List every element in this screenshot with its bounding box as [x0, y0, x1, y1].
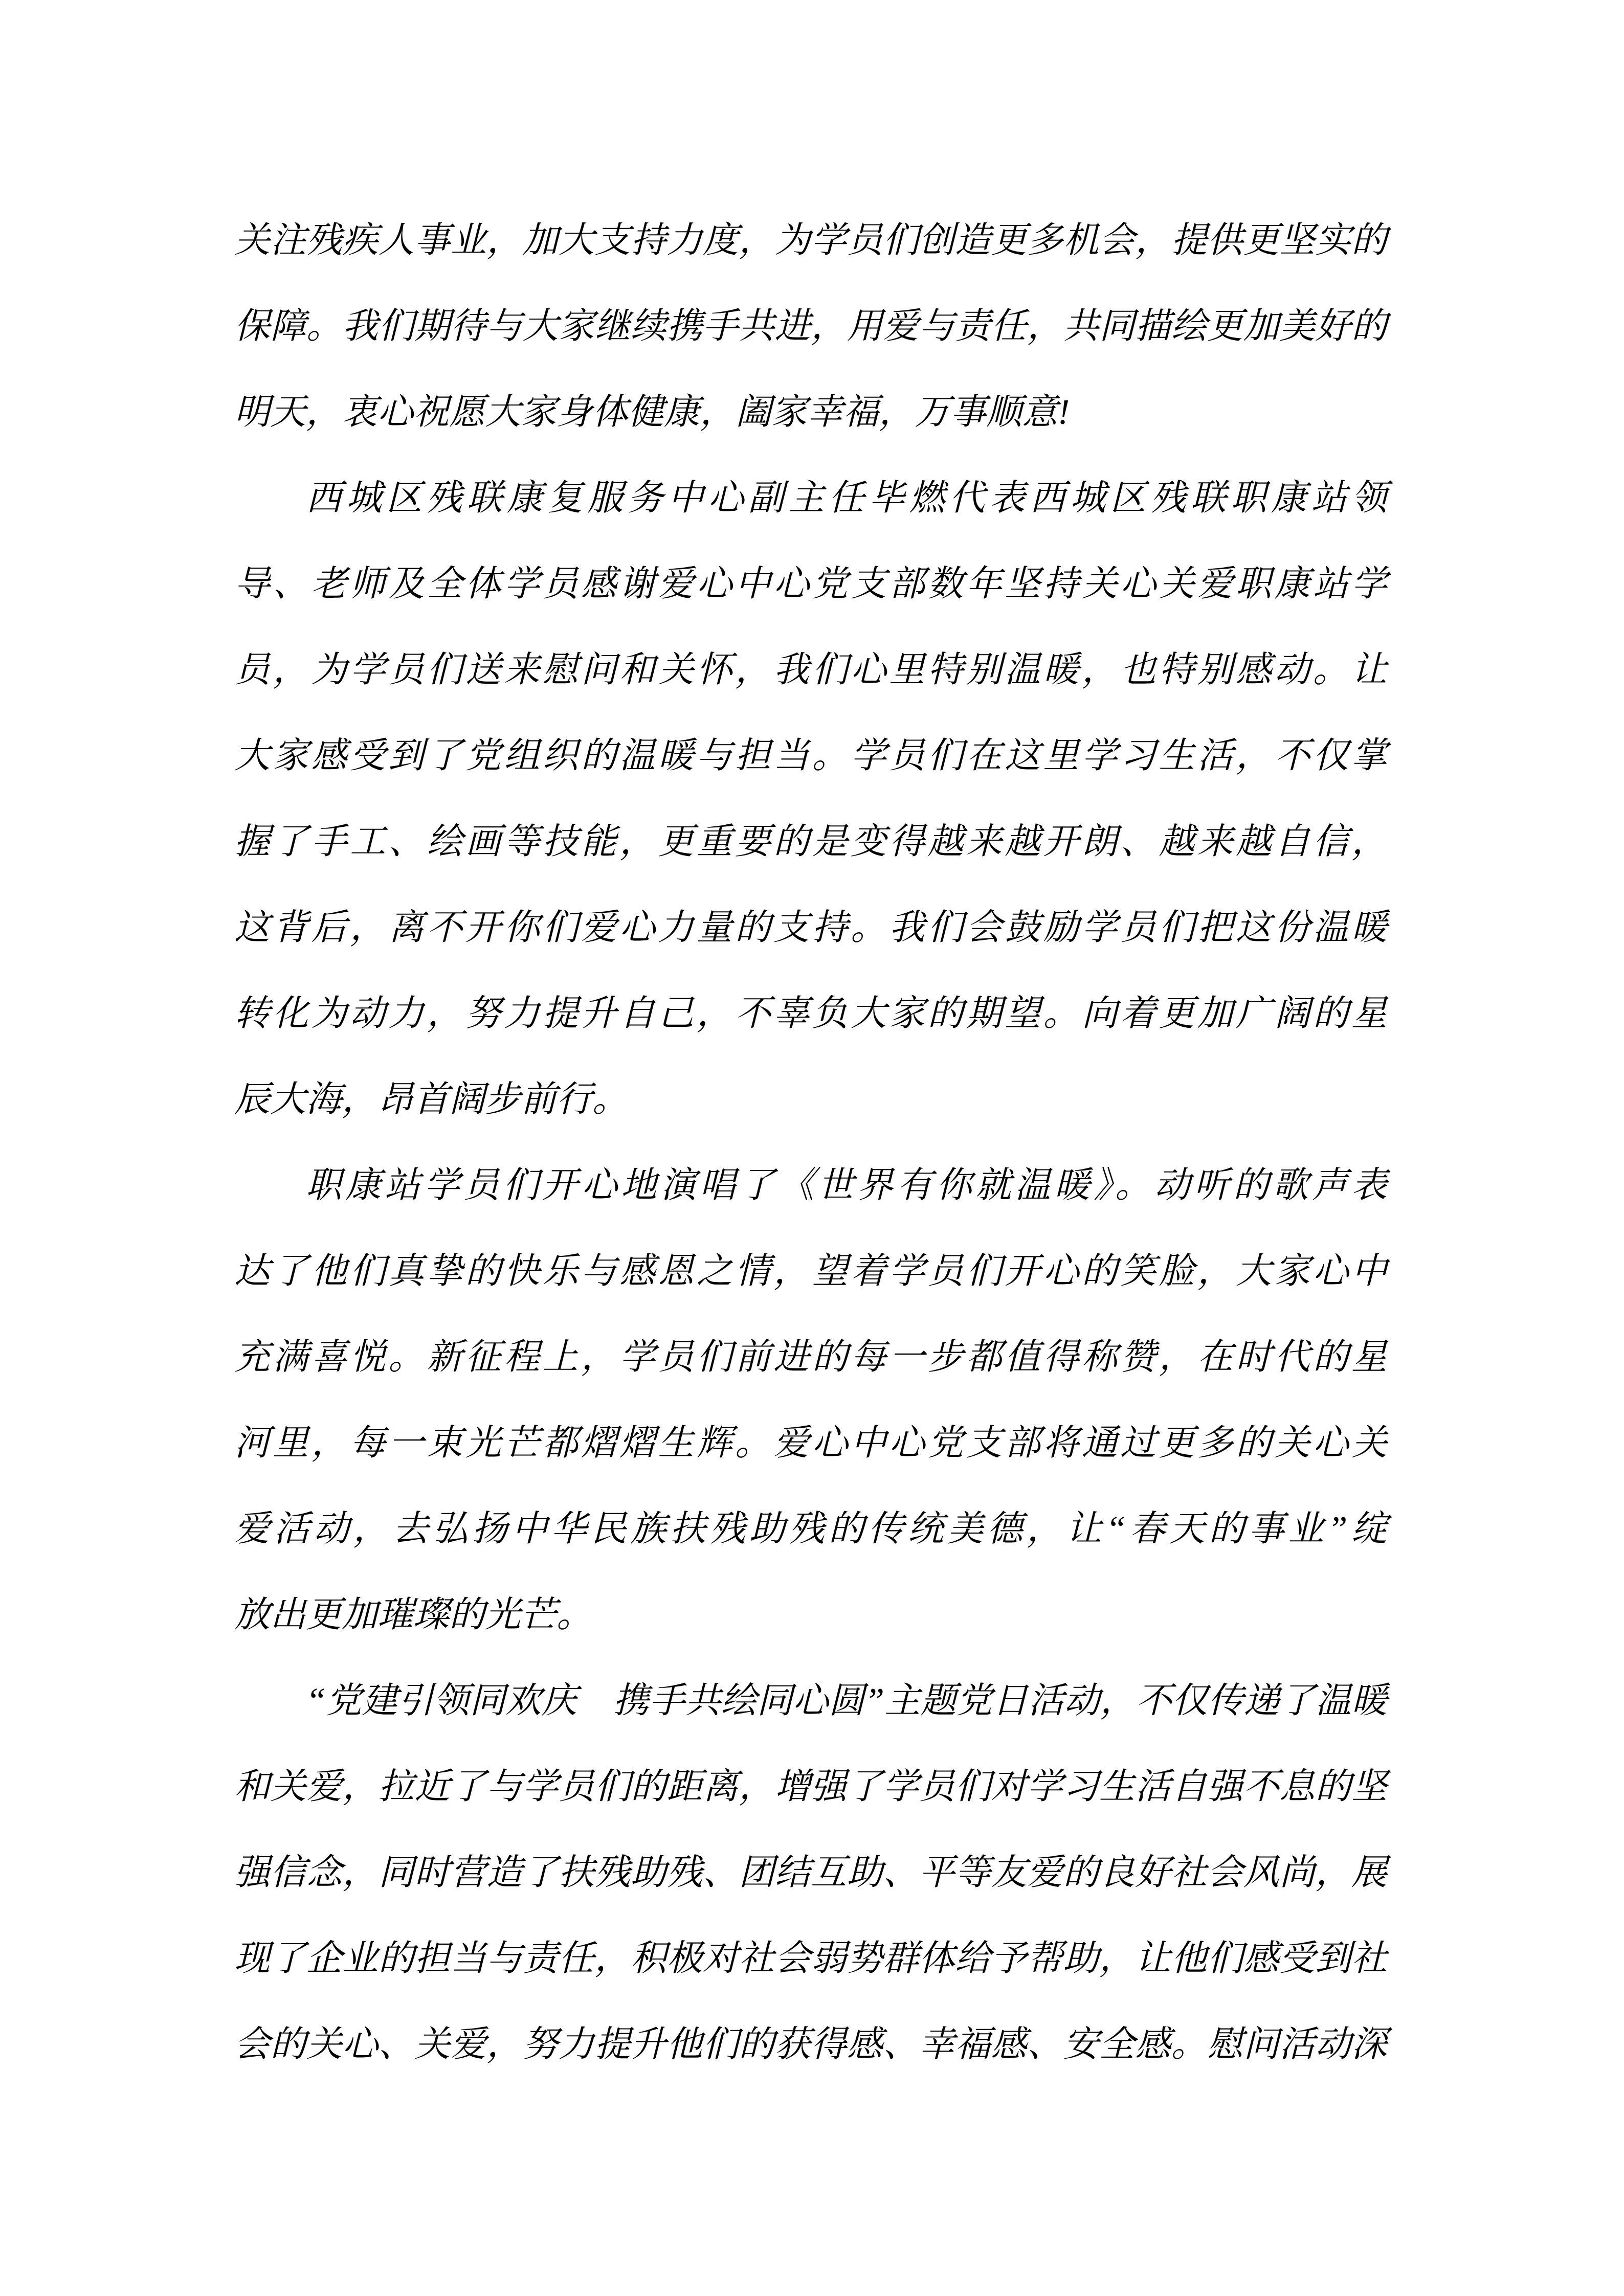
text-line: “党建引领同欢庆 携手共绘同心圆”主题党日活动，不仅传递了温暖: [234, 1658, 1387, 1744]
text-line: 西城区残联康复服务中心副主任毕燃代表西城区残联职康站领: [234, 456, 1387, 542]
text-line: 明天，衷心祝愿大家身体健康，阖家幸福，万事顺意!: [234, 370, 1387, 456]
text-line: 员，为学员们送来慰问和关怀，我们心里特别温暖，也特别感动。让: [234, 627, 1387, 713]
paragraph-2: 西城区残联康复服务中心副主任毕燃代表西城区残联职康站领 导、老师及全体学员感谢爱…: [234, 456, 1387, 1143]
text-line: 现了企业的担当与责任，积极对社会弱势群体给予帮助，让他们感受到社: [234, 1916, 1387, 2002]
paragraph-1: 关注残疾人事业，加大支持力度，为学员们创造更多机会，提供更坚实的 保障。我们期待…: [234, 198, 1387, 456]
text-line: 放出更加璀璨的光芒。: [234, 1572, 1387, 1658]
text-line: 这背后，离不开你们爱心力量的支持。我们会鼓励学员们把这份温暖: [234, 885, 1387, 971]
text-line: 辰大海，昂首阔步前行。: [234, 1057, 1387, 1143]
text-line: 职康站学员们开心地演唱了《世界有你就温暖》。动听的歌声表: [234, 1143, 1387, 1229]
text-line: 爱活动，去弘扬中华民族扶残助残的传统美德，让“春天的事业”绽: [234, 1487, 1387, 1572]
text-line: 强信念，同时营造了扶残助残、团结互助、平等友爱的良好社会风尚，展: [234, 1830, 1387, 1916]
text-line: 关注残疾人事业，加大支持力度，为学员们创造更多机会，提供更坚实的: [234, 198, 1387, 284]
text-line: 转化为动力，努力提升自己，不辜负大家的期望。向着更加广阔的星: [234, 971, 1387, 1057]
text-line: 大家感受到了党组织的温暖与担当。学员们在这里学习生活，不仅掌: [234, 713, 1387, 799]
text-line: 和关爱，拉近了与学员们的距离，增强了学员们对学习生活自强不息的坚: [234, 1744, 1387, 1830]
text-line: 保障。我们期待与大家继续携手共进，用爱与责任，共同描绘更加美好的: [234, 284, 1387, 370]
text-line: 握了手工、绘画等技能，更重要的是变得越来越开朗、越来越自信，: [234, 799, 1387, 885]
text-line: 会的关心、关爱，努力提升他们的获得感、幸福感、安全感。慰问活动深: [234, 2002, 1387, 2088]
document-text-block: 关注残疾人事业，加大支持力度，为学员们创造更多机会，提供更坚实的 保障。我们期待…: [234, 198, 1387, 2088]
paragraph-3: 职康站学员们开心地演唱了《世界有你就温暖》。动听的歌声表 达了他们真挚的快乐与感…: [234, 1143, 1387, 1658]
document-page: 关注残疾人事业，加大支持力度，为学员们创造更多机会，提供更坚实的 保障。我们期待…: [0, 0, 1624, 2296]
text-line: 导、老师及全体学员感谢爱心中心党支部数年坚持关心关爱职康站学: [234, 542, 1387, 627]
text-line: 达了他们真挚的快乐与感恩之情，望着学员们开心的笑脸，大家心中: [234, 1229, 1387, 1315]
paragraph-4: “党建引领同欢庆 携手共绘同心圆”主题党日活动，不仅传递了温暖 和关爱，拉近了与…: [234, 1658, 1387, 2088]
text-line: 充满喜悦。新征程上，学员们前进的每一步都值得称赞，在时代的星: [234, 1315, 1387, 1401]
text-line: 河里，每一束光芒都熠熠生辉。爱心中心党支部将通过更多的关心关: [234, 1401, 1387, 1487]
